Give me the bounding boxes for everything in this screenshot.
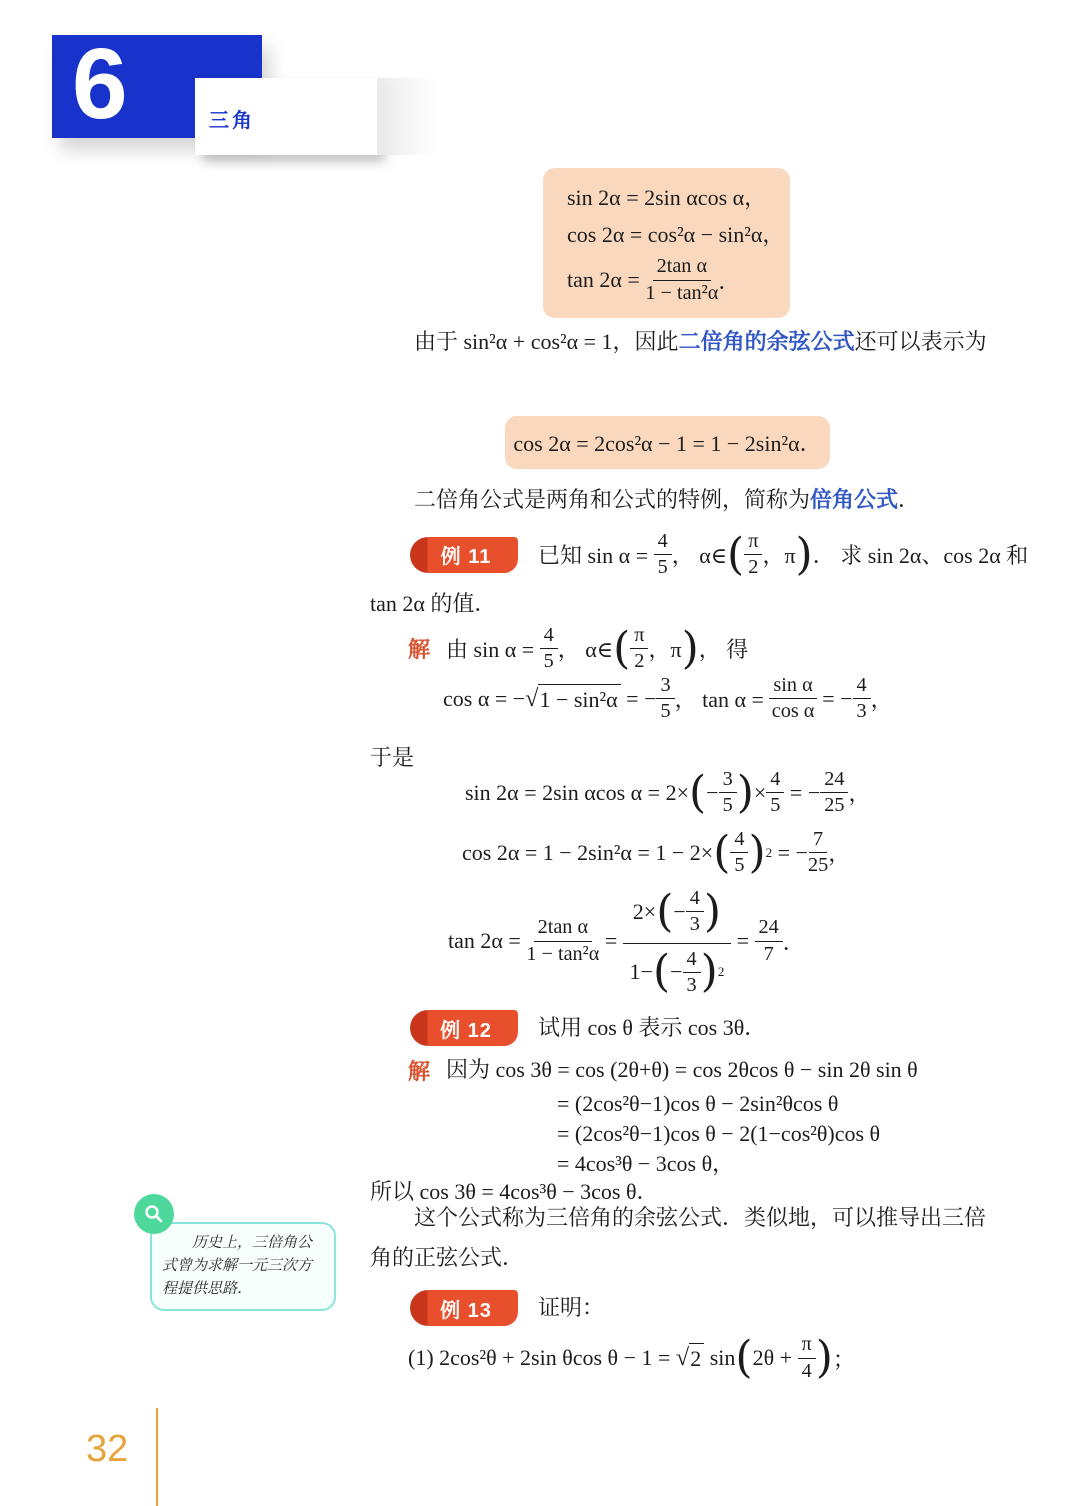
textbook-page: 6 三角 sin 2α = 2sin αcos α， cos 2α = cos²…: [0, 0, 1080, 1506]
right-paren: ): [737, 781, 754, 805]
fraction: 35: [719, 768, 737, 818]
fraction: 725: [808, 828, 828, 878]
exponent: 2: [718, 964, 725, 980]
page-number: 32: [86, 1428, 128, 1471]
note-text: 历史上，三倍角公式曾为求解一元三次方程提供思路．: [162, 1232, 324, 1301]
solution-label: 解: [408, 633, 430, 664]
example-text: 证明：: [538, 1288, 604, 1328]
fraction: π2: [744, 530, 762, 580]
fraction: 43: [853, 674, 871, 724]
cosine-variant-formula-box: cos 2α = 2cos²α − 1 = 1 − 2sin²α．: [505, 416, 830, 469]
right-paren: ): [796, 543, 813, 567]
right-paren: ): [704, 900, 721, 924]
example-13-row: 例 13 证明：: [410, 1288, 604, 1328]
keyword-cosine-double-angle: 二倍角的余弦公式: [679, 329, 855, 354]
chapter-tab: 三角: [195, 78, 377, 155]
equation-line: cos 2α = 1 − 2sin²α = 1 − 2× ( 45 ) 2 = …: [462, 828, 850, 878]
left-paren: (: [713, 841, 730, 865]
formula-line: sin 2α = 2sin αcos α，: [567, 181, 790, 212]
chapter-title: 三角: [209, 104, 255, 133]
magnifier-icon: [134, 1194, 174, 1234]
chapter-banner: 6 三角: [52, 35, 262, 138]
fraction: 2425: [820, 768, 848, 818]
square-root: √ 1 − sin²α: [525, 684, 620, 713]
fraction: 43: [686, 887, 704, 937]
double-angle-formula-box: sin 2α = 2sin αcos α， cos 2α = cos²α − s…: [543, 168, 790, 318]
paragraph: 由于 sin²α + cos²α = 1，因此二倍角的余弦公式还可以表示为: [370, 322, 992, 362]
keyword-double-angle: 倍角公式: [810, 487, 898, 512]
fraction: π4: [798, 1333, 816, 1383]
left-paren: (: [653, 960, 670, 984]
right-paren: ): [816, 1346, 833, 1370]
example-text-continued: tan 2α 的值．: [370, 584, 496, 624]
equation-line: (1) 2cos²θ + 2sin θcos θ − 1 = √ 2 sin (…: [408, 1330, 855, 1386]
fraction: 35: [656, 674, 674, 724]
solution-text: 由 sin α = 45 ， α∈ ( π2 ，π ) ， 得: [446, 624, 748, 674]
left-paren: (: [689, 781, 706, 805]
right-paren: ): [682, 637, 699, 661]
fraction: 45: [540, 624, 558, 674]
left-paren: (: [727, 543, 744, 567]
fraction: 43: [683, 948, 701, 998]
square-root: √ 2: [676, 1343, 704, 1372]
example-badge: 例 11: [410, 537, 518, 573]
fraction: 45: [730, 828, 748, 878]
example-badge: 例 13: [410, 1290, 518, 1326]
example-12-row: 例 12 试用 cos θ 表示 cos 3θ．: [410, 1008, 766, 1048]
example-badge: 例 12: [410, 1010, 518, 1046]
equation-line: tan 2α = 2tan α1 − tan²α = 2× ( − 43 ) 1…: [448, 882, 805, 1000]
equation-line: cos α = − √ 1 − sin²α = − 35 ， tan α = s…: [443, 674, 893, 724]
formula-line: tan 2α = 2tan α 1 − tan²α ．: [567, 255, 790, 305]
connector-text: 于是: [370, 738, 414, 778]
fraction: 2tan α 1 − tan²α: [645, 255, 718, 305]
paragraph: 二倍角公式是两角和公式的特例，简称为倍角公式．: [370, 480, 992, 520]
left-paren: (: [735, 1346, 752, 1370]
fraction: 45: [654, 530, 672, 580]
example-11-row: 例 11 已知 sin α = 45 ， α∈ ( π2 ，π ) ． 求 si…: [410, 530, 1028, 580]
fraction: π2: [630, 624, 648, 674]
fraction: 45: [766, 768, 784, 818]
note-box: 历史上，三倍角公式曾为求解一元三次方程提供思路．: [150, 1222, 336, 1311]
left-paren: (: [656, 900, 673, 924]
example-text: 已知 sin α = 45 ， α∈ ( π2 ，π ) ． 求 sin 2α、…: [538, 530, 1028, 580]
example-text: 试用 cos θ 表示 cos 3θ．: [538, 1008, 766, 1048]
right-paren: ): [701, 960, 718, 984]
solution-11-row: 解 由 sin α = 45 ， α∈ ( π2 ，π ) ， 得: [408, 624, 748, 674]
formula-line: cos 2α = cos²α − sin²α，: [567, 218, 790, 249]
equation-line: sin 2α = 2sin αcos α = 2× ( − 35 ) × 45 …: [465, 768, 871, 818]
formula-line: cos 2α = 2cos²α − 1 = 1 − 2sin²α．: [513, 427, 821, 458]
fraction: 247: [755, 916, 783, 966]
footer-rule: [156, 1408, 158, 1506]
paragraph: 这个公式称为三倍角的余弦公式．类似地，可以推导出三倍角的正弦公式．: [370, 1198, 992, 1278]
chapter-number: 6: [72, 33, 128, 136]
left-paren: (: [613, 637, 630, 661]
right-paren: ): [748, 841, 765, 865]
solution-label: 解: [408, 1055, 430, 1086]
big-fraction: 2× ( − 43 ) 1− ( − 43 ) 2: [623, 885, 731, 997]
fraction: 2tan α1 − tan²α: [526, 916, 599, 966]
fraction: sin αcos α: [769, 674, 816, 724]
